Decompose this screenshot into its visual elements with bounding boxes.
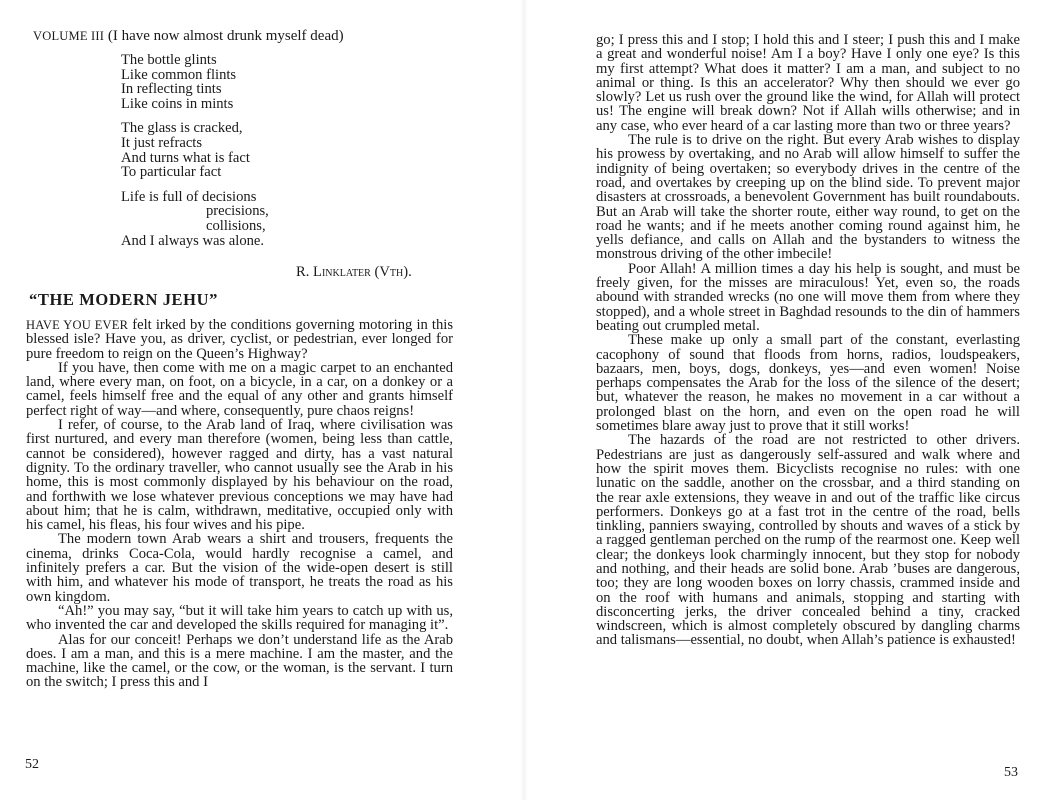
lead-in: HAVE YOU EVER bbox=[26, 318, 128, 332]
article-paragraph: HAVE YOU EVER felt irked by the conditio… bbox=[26, 318, 453, 361]
poem-line: In reflecting tints bbox=[121, 82, 269, 97]
poem-stanza-1: The bottle glints Like common flints In … bbox=[121, 53, 269, 111]
running-head-title: (I have now almost drunk myself dead) bbox=[108, 28, 344, 44]
poem-line: The bottle glints bbox=[121, 53, 269, 68]
article-body-left: HAVE YOU EVER felt irked by the conditio… bbox=[26, 318, 453, 690]
poem-line: Like common flints bbox=[121, 68, 269, 83]
poem-line: It just refracts bbox=[121, 136, 269, 151]
running-head: VOLUME III (I have now almost drunk myse… bbox=[33, 28, 344, 45]
volume-label: VOLUME III bbox=[33, 29, 104, 43]
poem-stanza-2: The glass is cracked, It just refracts A… bbox=[121, 121, 269, 179]
article-paragraph: The hazards of the road are not restrict… bbox=[596, 433, 1020, 647]
poem: The bottle glints Like common flints In … bbox=[121, 53, 269, 258]
article-paragraph: go; I press this and I stop; I hold this… bbox=[596, 33, 1020, 133]
article-title: “THE MODERN JEHU” bbox=[29, 290, 218, 310]
signature-text: R. Linklater (Vth). bbox=[296, 264, 412, 280]
poem-line: Life is full of decisions bbox=[121, 190, 269, 205]
poem-signature: R. Linklater (Vth). bbox=[296, 264, 412, 281]
book-spread: VOLUME III (I have now almost drunk myse… bbox=[0, 0, 1048, 800]
poem-line: collisions, bbox=[121, 219, 269, 234]
article-paragraph: “Ah!” you may say, “but it will take him… bbox=[26, 604, 453, 633]
article-paragraph: Alas for our conceit! Perhaps we don’t u… bbox=[26, 633, 453, 690]
article-paragraph: Poor Allah! A million times a day his he… bbox=[596, 262, 1020, 333]
page-number: 52 bbox=[25, 757, 39, 773]
article-paragraph: If you have, then come with me on a magi… bbox=[26, 361, 453, 418]
poem-line: precisions, bbox=[121, 204, 269, 219]
article-body-right: go; I press this and I stop; I hold this… bbox=[596, 33, 1020, 648]
article-paragraph: I refer, of course, to the Arab land of … bbox=[26, 418, 453, 532]
poem-line: Like coins in mints bbox=[121, 97, 269, 112]
right-page: go; I press this and I stop; I hold this… bbox=[524, 0, 1048, 800]
left-page: VOLUME III (I have now almost drunk myse… bbox=[0, 0, 524, 800]
article-paragraph: These make up only a small part of the c… bbox=[596, 333, 1020, 433]
article-paragraph: The modern town Arab wears a shirt and t… bbox=[26, 532, 453, 603]
poem-line: To particular fact bbox=[121, 165, 269, 180]
poem-line: And I always was alone. bbox=[121, 234, 269, 249]
article-paragraph: The rule is to drive on the right. But e… bbox=[596, 133, 1020, 262]
poem-stanza-3: Life is full of decisions precisions, co… bbox=[121, 190, 269, 248]
poem-line: The glass is cracked, bbox=[121, 121, 269, 136]
poem-line: And turns what is fact bbox=[121, 151, 269, 166]
page-number: 53 bbox=[1004, 765, 1018, 781]
